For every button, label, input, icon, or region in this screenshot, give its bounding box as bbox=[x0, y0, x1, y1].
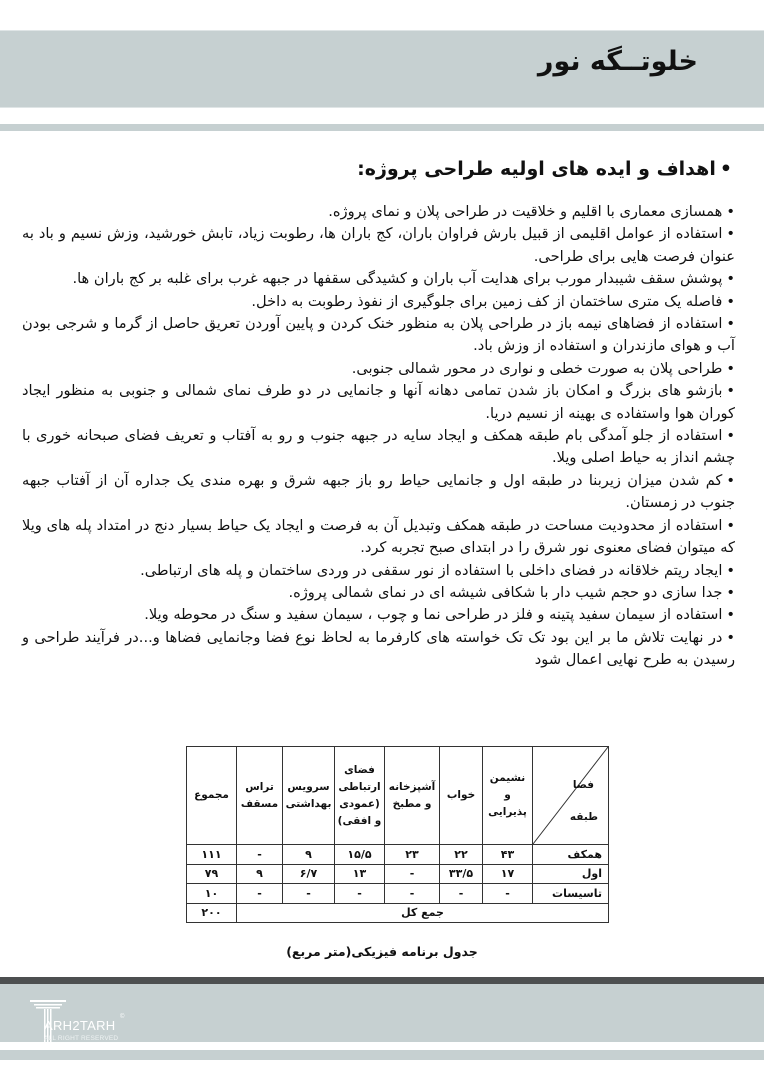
column-header: فضای ارتباطی (عمودی و افقی) bbox=[335, 747, 385, 845]
table-cell: ۹ bbox=[283, 845, 335, 865]
copyright-icon: © bbox=[120, 1014, 124, 1020]
table-cell: ۱۵/۵ bbox=[335, 845, 385, 865]
bullet-icon: • bbox=[726, 427, 735, 444]
corner-header-cell: فضا طبقه bbox=[533, 747, 609, 845]
list-item: •طراحی پلان به صورت خطی و نواری در محور … bbox=[22, 358, 735, 380]
list-item: •استفاده از فضاهای نیمه باز در طراحی پلا… bbox=[22, 313, 735, 358]
table-header-row: فضا طبقه نشیمن و پذیرایی خواب آشپزخانه و… bbox=[187, 747, 609, 845]
list-item: •ایجاد ریتم خلاقانه در فضای داخلی با است… bbox=[22, 560, 735, 582]
table-cell: ۶/۷ bbox=[283, 864, 335, 884]
table-cell: - bbox=[483, 884, 533, 904]
column-header: آشپزخانه و مطبخ bbox=[385, 747, 440, 845]
bullet-icon: • bbox=[726, 315, 735, 332]
list-item: •جدا سازی دو حجم شیب دار با شکافی شیشه ا… bbox=[22, 582, 735, 604]
list-item: •کم شدن میزان زیربنا در طبقه اول و جانما… bbox=[22, 470, 735, 515]
column-header: خواب bbox=[440, 747, 483, 845]
column-header: نشیمن و پذیرایی bbox=[483, 747, 533, 845]
row-header: همکف bbox=[533, 845, 609, 865]
table-cell: ۹ bbox=[237, 864, 283, 884]
list-item: •استفاده از محدودیت مساحت در طبقه همکف و… bbox=[22, 515, 735, 560]
table-cell: ۷۹ bbox=[187, 864, 237, 884]
table-total-row: جمع کل ۲۰۰ bbox=[187, 903, 609, 923]
list-item: •فاصله یک متری ساختمان از کف زمین برای ج… bbox=[22, 291, 735, 313]
bullet-icon: • bbox=[726, 203, 735, 220]
table-cell: ۱۰ bbox=[187, 884, 237, 904]
column-header: تراس مسقف bbox=[237, 747, 283, 845]
goals-list: •همسازی معماری با اقلیم و خلاقیت در طراح… bbox=[22, 201, 735, 672]
physical-program-table-wrap: فضا طبقه نشیمن و پذیرایی خواب آشپزخانه و… bbox=[186, 746, 608, 923]
section-heading: •اهداف و ایده های اولیه طراحی پروژه: bbox=[22, 154, 735, 184]
page-title: خلوتــگه نور bbox=[538, 46, 698, 77]
list-item: •استفاده از سیمان سفید پتینه و فلز در طر… bbox=[22, 604, 735, 626]
column-header: مجموع bbox=[187, 747, 237, 845]
table-cell: - bbox=[440, 884, 483, 904]
table-cell: ۲۳ bbox=[385, 845, 440, 865]
bullet-icon: • bbox=[726, 225, 735, 242]
table-cell: ۱۷ bbox=[483, 864, 533, 884]
table-row: تاسیسات - - - - - - ۱۰ bbox=[187, 884, 609, 904]
bullet-icon: • bbox=[726, 629, 735, 646]
logo-subtext: ALL RIGHT RESERVED bbox=[44, 1035, 118, 1042]
bullet-icon: • bbox=[726, 293, 735, 310]
bullet-icon: • bbox=[726, 382, 735, 399]
bullet-icon: • bbox=[726, 270, 735, 287]
table-caption: جدول برنامه فیزیکی(متر مربع) bbox=[0, 944, 764, 959]
bullet-icon: • bbox=[726, 606, 735, 623]
header-stripe bbox=[0, 124, 764, 131]
total-value: ۲۰۰ bbox=[187, 903, 237, 923]
list-item: •بازشو های بزرگ و امکان باز شدن تمامی ده… bbox=[22, 380, 735, 425]
list-item: •استفاده از عوامل اقلیمی از قبیل بارش فر… bbox=[22, 223, 735, 268]
list-item: •پوشش سقف شیبدار مورب برای هدایت آب بارا… bbox=[22, 268, 735, 290]
table-cell: - bbox=[237, 845, 283, 865]
bullet-icon: • bbox=[726, 472, 735, 489]
total-label: جمع کل bbox=[237, 903, 609, 923]
footer-dark-bar bbox=[0, 977, 764, 984]
table-cell: ۴۳ bbox=[483, 845, 533, 865]
column-header: سرویس بهداشتی bbox=[283, 747, 335, 845]
corner-label-space: فضا bbox=[573, 777, 594, 794]
list-item: •در نهایت تلاش ما بر این بود تک تک خواست… bbox=[22, 627, 735, 672]
row-header: اول bbox=[533, 864, 609, 884]
table-cell: - bbox=[385, 864, 440, 884]
section-heading-text: اهداف و ایده های اولیه طراحی پروژه: bbox=[357, 158, 716, 180]
table-cell: ۱۳ bbox=[335, 864, 385, 884]
table-row: اول ۱۷ ۳۳/۵ - ۱۳ ۶/۷ ۹ ۷۹ bbox=[187, 864, 609, 884]
bullet-icon: • bbox=[720, 158, 732, 180]
logo-text: ARH2TARH bbox=[44, 1018, 116, 1033]
physical-program-table: فضا طبقه نشیمن و پذیرایی خواب آشپزخانه و… bbox=[186, 746, 609, 923]
footer-stripe bbox=[0, 1050, 764, 1060]
table-cell: - bbox=[385, 884, 440, 904]
table-cell: - bbox=[283, 884, 335, 904]
bullet-icon: • bbox=[726, 584, 735, 601]
bullet-icon: • bbox=[726, 360, 735, 377]
table-cell: ۲۲ bbox=[440, 845, 483, 865]
corner-label-floor: طبقه bbox=[570, 809, 598, 826]
bullet-icon: • bbox=[726, 517, 735, 534]
diagonal-divider-icon bbox=[533, 747, 608, 844]
row-header: تاسیسات bbox=[533, 884, 609, 904]
table-row: همکف ۴۳ ۲۲ ۲۳ ۱۵/۵ ۹ - ۱۱۱ bbox=[187, 845, 609, 865]
table-cell: ۱۱۱ bbox=[187, 845, 237, 865]
table-cell: ۳۳/۵ bbox=[440, 864, 483, 884]
list-item: •همسازی معماری با اقلیم و خلاقیت در طراح… bbox=[22, 201, 735, 223]
bullet-icon: • bbox=[726, 562, 735, 579]
table-cell: - bbox=[237, 884, 283, 904]
content: •اهداف و ایده های اولیه طراحی پروژه: •هم… bbox=[22, 154, 735, 672]
list-item: •استفاده از جلو آمدگی بام طبقه همکف و ای… bbox=[22, 425, 735, 470]
table-cell: - bbox=[335, 884, 385, 904]
